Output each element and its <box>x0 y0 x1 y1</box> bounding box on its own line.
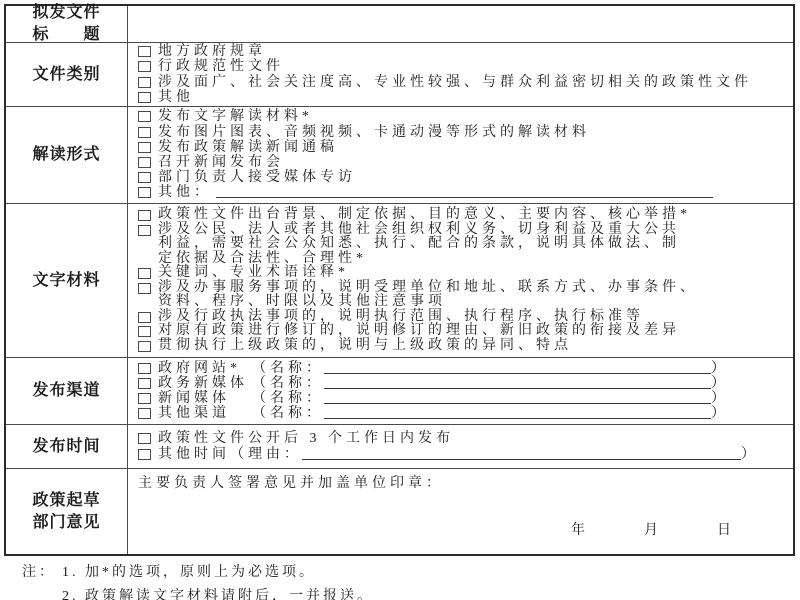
footnote-line: 2. 政策解读文字材料请附后，一并报送。 <box>22 588 795 600</box>
label-line: 部门意见 <box>32 512 100 534</box>
checkbox-option: 召开新闻发布会 <box>138 155 787 170</box>
checkbox-option: 行政规范性文件 <box>138 59 787 74</box>
option-label: 其他： <box>158 185 212 200</box>
time-options: 政策性文件公开后 3 个工作日内发布 其他时间（理由： ） <box>128 425 793 468</box>
checkbox-option: 政务新媒体 （名称： ） <box>138 376 787 391</box>
policy-interpretation-form-table: 拟发文件 标 题 文件类别 地方政府规章 行政规范性文件 <box>4 4 795 556</box>
row-interpretation-form: 解读形式 发布文字解读材料* 发布图片图表、音频视频、卡通动漫等形式的解读材料 … <box>6 107 793 204</box>
date-month-label: 月 <box>644 519 662 539</box>
footnote-text: 2. 政策解读文字材料请附后，一并报送。 <box>62 588 374 600</box>
label-line: 解读形式 <box>32 144 100 166</box>
checkbox-interp-media-interview[interactable] <box>138 172 151 183</box>
checkbox-materials-service-matters[interactable] <box>138 283 151 294</box>
checkbox-materials-law-enforcement[interactable] <box>138 312 151 323</box>
checkbox-category-local-regulation[interactable] <box>138 46 151 57</box>
option-label: 涉及行政执法事项的，说明执行范围、执行程序、执行标准等 <box>158 310 644 325</box>
materials-options: 政策性文件出台背景、制定依据、目的意义、主要内容、核心举措* 涉及公民、法人或者… <box>128 204 793 357</box>
row-label-interpretation-form: 解读形式 <box>6 107 128 203</box>
row-drafting-department-opinion: 政策起草 部门意见 主要负责人签署意见并加盖单位印章： 年 月 日 <box>6 469 793 554</box>
checkbox-option: 政策性文件公开后 3 个工作日内发布 <box>138 431 787 446</box>
label-line: 拟发文件 <box>32 2 100 24</box>
option-label: 贯彻执行上级政策的，说明与上级政策的异同、特点 <box>158 339 572 354</box>
checkbox-interp-press-release[interactable] <box>138 142 151 153</box>
row-label-drafting-department-opinion: 政策起草 部门意见 <box>6 469 128 554</box>
name-suffix: ） <box>711 406 729 421</box>
row-label-document-category: 文件类别 <box>6 43 128 106</box>
opinion-content: 主要负责人签署意见并加盖单位印章： 年 月 日 <box>128 469 793 554</box>
option-label: 政策性文件出台背景、制定依据、目的意义、主要内容、核心举措* <box>158 208 691 223</box>
signature-instruction: 主要负责人签署意见并加盖单位印章： <box>138 472 787 492</box>
checkbox-materials-revision[interactable] <box>138 326 151 337</box>
channel-name-fill-in-line[interactable] <box>324 376 711 389</box>
date-year-label: 年 <box>571 519 589 539</box>
option-label: 行政规范性文件 <box>158 59 284 74</box>
footnote-text: 1. 加*的选项，原则上为必选项。 <box>62 564 316 581</box>
row-document-category: 文件类别 地方政府规章 行政规范性文件 涉及面广、社会关注度高、专业性较强、与群… <box>6 43 793 107</box>
option-label: 对原有政策进行修订的，说明修订的理由、新旧政策的衔接及差异 <box>158 324 680 339</box>
checkbox-option: 贯彻执行上级政策的，说明与上级政策的异同、特点 <box>138 339 787 354</box>
checkbox-channel-new-media[interactable] <box>138 378 151 389</box>
option-label: 涉及面广、社会关注度高、专业性较强、与群众利益密切相关的政策性文件 <box>158 75 752 90</box>
date-line: 年 月 日 <box>138 519 787 551</box>
checkbox-option: 涉及面广、社会关注度高、专业性较强、与群众利益密切相关的政策性文件 <box>138 75 787 90</box>
checkbox-option: 关键词、专业术语诠释* <box>138 266 787 281</box>
checkbox-option: 发布文字解读材料* <box>138 109 787 124</box>
checkbox-category-administrative-normative[interactable] <box>138 61 151 72</box>
option-label: 其他时间（理由： <box>158 447 302 462</box>
option-label: 涉及办事服务事项的，说明受理单位和地址、联系方式、办事条件、 资料、程序、时限以… <box>158 281 698 310</box>
checkbox-interp-other[interactable] <box>138 187 151 198</box>
name-prefix: （名称： <box>252 391 324 406</box>
interp-other-fill-in-line[interactable] <box>216 185 713 198</box>
checkbox-option: 发布政策解读新闻通稿 <box>138 140 787 155</box>
checkbox-time-within-3-workdays[interactable] <box>138 433 151 444</box>
checkbox-option: 政策性文件出台背景、制定依据、目的意义、主要内容、核心举措* <box>138 208 787 223</box>
checkbox-category-other[interactable] <box>138 92 151 103</box>
checkbox-option: 政府网站* （名称： ） <box>138 361 787 376</box>
row-written-materials: 文字材料 政策性文件出台背景、制定依据、目的意义、主要内容、核心举措* 涉及公民… <box>6 204 793 358</box>
option-label: 涉及公民、法人或者其他社会组织权利义务、切身利益及重大公共 利益，需要社会公众知… <box>158 223 680 267</box>
date-day-label: 日 <box>717 519 735 539</box>
checkbox-materials-rights-obligations[interactable] <box>138 225 151 236</box>
channel-name-fill-in-line[interactable] <box>324 391 711 404</box>
interpretation-options: 发布文字解读材料* 发布图片图表、音频视频、卡通动漫等形式的解读材料 发布政策解… <box>128 107 793 203</box>
signature-stamp-area[interactable] <box>138 492 787 519</box>
channel-name-fill-in-line[interactable] <box>324 361 711 374</box>
checkbox-materials-higher-policy[interactable] <box>138 341 151 352</box>
checkbox-option: 涉及行政执法事项的，说明执行范围、执行程序、执行标准等 <box>138 310 787 325</box>
row-label-publishing-time: 发布时间 <box>6 425 128 468</box>
row-label-document-title: 拟发文件 标 题 <box>6 6 128 42</box>
checkbox-option: 其他 <box>138 90 787 105</box>
option-label: 发布政策解读新闻通稿 <box>158 140 338 155</box>
footnote-indent <box>22 588 62 600</box>
checkbox-interp-media-material[interactable] <box>138 127 151 138</box>
label-line: 发布时间 <box>32 436 100 458</box>
checkbox-option-other: 其他时间（理由： ） <box>138 447 787 462</box>
checkbox-category-wide-impact-policy[interactable] <box>138 77 151 88</box>
label-line: 政策起草 <box>32 490 100 512</box>
checkbox-option: 涉及公民、法人或者其他社会组织权利义务、切身利益及重大公共 利益，需要社会公众知… <box>138 223 787 267</box>
checkbox-channel-other[interactable] <box>138 408 151 419</box>
option-label: 部门负责人接受媒体专访 <box>158 170 356 185</box>
checkbox-time-other[interactable] <box>138 449 151 460</box>
row-document-title: 拟发文件 标 题 <box>6 6 793 43</box>
checkbox-interp-press-conference[interactable] <box>138 157 151 168</box>
footnote-line: 注： 1. 加*的选项，原则上为必选项。 <box>22 564 795 581</box>
label-line: 发布渠道 <box>32 380 100 402</box>
name-prefix: （名称： <box>252 376 324 391</box>
option-label: 关键词、专业术语诠释* <box>158 266 349 281</box>
channel-name-fill-in-line[interactable] <box>324 406 711 419</box>
option-label: 发布图片图表、音频视频、卡通动漫等形式的解读材料 <box>158 125 590 140</box>
checkbox-option: 地方政府规章 <box>138 44 787 59</box>
checkbox-option: 部门负责人接受媒体专访 <box>138 170 787 185</box>
option-label: 发布文字解读材料* <box>158 109 313 124</box>
time-reason-fill-in-line[interactable] <box>302 447 741 460</box>
checkbox-option: 其他渠道 （名称： ） <box>138 406 787 421</box>
checkbox-option-other: 其他： <box>138 185 787 200</box>
footnote-prefix: 注： <box>22 564 62 581</box>
name-suffix: ） <box>711 391 729 406</box>
checkbox-option: 发布图片图表、音频视频、卡通动漫等形式的解读材料 <box>138 125 787 140</box>
row-label-written-materials: 文字材料 <box>6 204 128 357</box>
option-label: 召开新闻发布会 <box>158 155 284 170</box>
option-label: 政务新媒体 <box>158 376 252 391</box>
document-title-input-area[interactable] <box>128 6 793 42</box>
option-label: 政策性文件公开后 3 个工作日内发布 <box>158 431 454 446</box>
checkbox-materials-background[interactable] <box>138 210 151 221</box>
checkbox-option: 新闻媒体 （名称： ） <box>138 391 787 406</box>
channel-options: 政府网站* （名称： ） 政务新媒体 （名称： ） 新闻媒体 （名称： <box>128 358 793 424</box>
footnotes: 注： 1. 加*的选项，原则上为必选项。 2. 政策解读文字材料请附后，一并报送… <box>4 564 795 600</box>
option-label: 其他 <box>158 90 194 105</box>
name-suffix: ） <box>741 447 759 462</box>
name-suffix: ） <box>711 376 729 391</box>
checkbox-materials-keywords[interactable] <box>138 268 151 279</box>
label-line: 文字材料 <box>32 270 100 292</box>
row-publishing-time: 发布时间 政策性文件公开后 3 个工作日内发布 其他时间（理由： ） <box>6 425 793 469</box>
checkbox-option: 对原有政策进行修订的，说明修订的理由、新旧政策的衔接及差异 <box>138 324 787 339</box>
checkbox-interp-text-material[interactable] <box>138 111 151 122</box>
option-label: 其他渠道 <box>158 406 252 421</box>
option-label: 地方政府规章 <box>158 44 266 59</box>
label-line: 文件类别 <box>32 64 100 86</box>
option-label: 新闻媒体 <box>158 391 252 406</box>
name-prefix: （名称： <box>252 406 324 421</box>
row-publishing-channels: 发布渠道 政府网站* （名称： ） 政务新媒体 （名称： ） <box>6 358 793 425</box>
row-label-publishing-channels: 发布渠道 <box>6 358 128 424</box>
form-page: 拟发文件 标 题 文件类别 地方政府规章 行政规范性文件 <box>0 0 800 600</box>
name-prefix: （名称： <box>252 361 324 376</box>
checkbox-channel-government-website[interactable] <box>138 363 151 374</box>
checkbox-option: 涉及办事服务事项的，说明受理单位和地址、联系方式、办事条件、 资料、程序、时限以… <box>138 281 787 310</box>
checkbox-channel-news-media[interactable] <box>138 393 151 404</box>
option-label: 政府网站* <box>158 361 252 376</box>
name-suffix: ） <box>711 361 729 376</box>
category-options: 地方政府规章 行政规范性文件 涉及面广、社会关注度高、专业性较强、与群众利益密切… <box>128 43 793 106</box>
